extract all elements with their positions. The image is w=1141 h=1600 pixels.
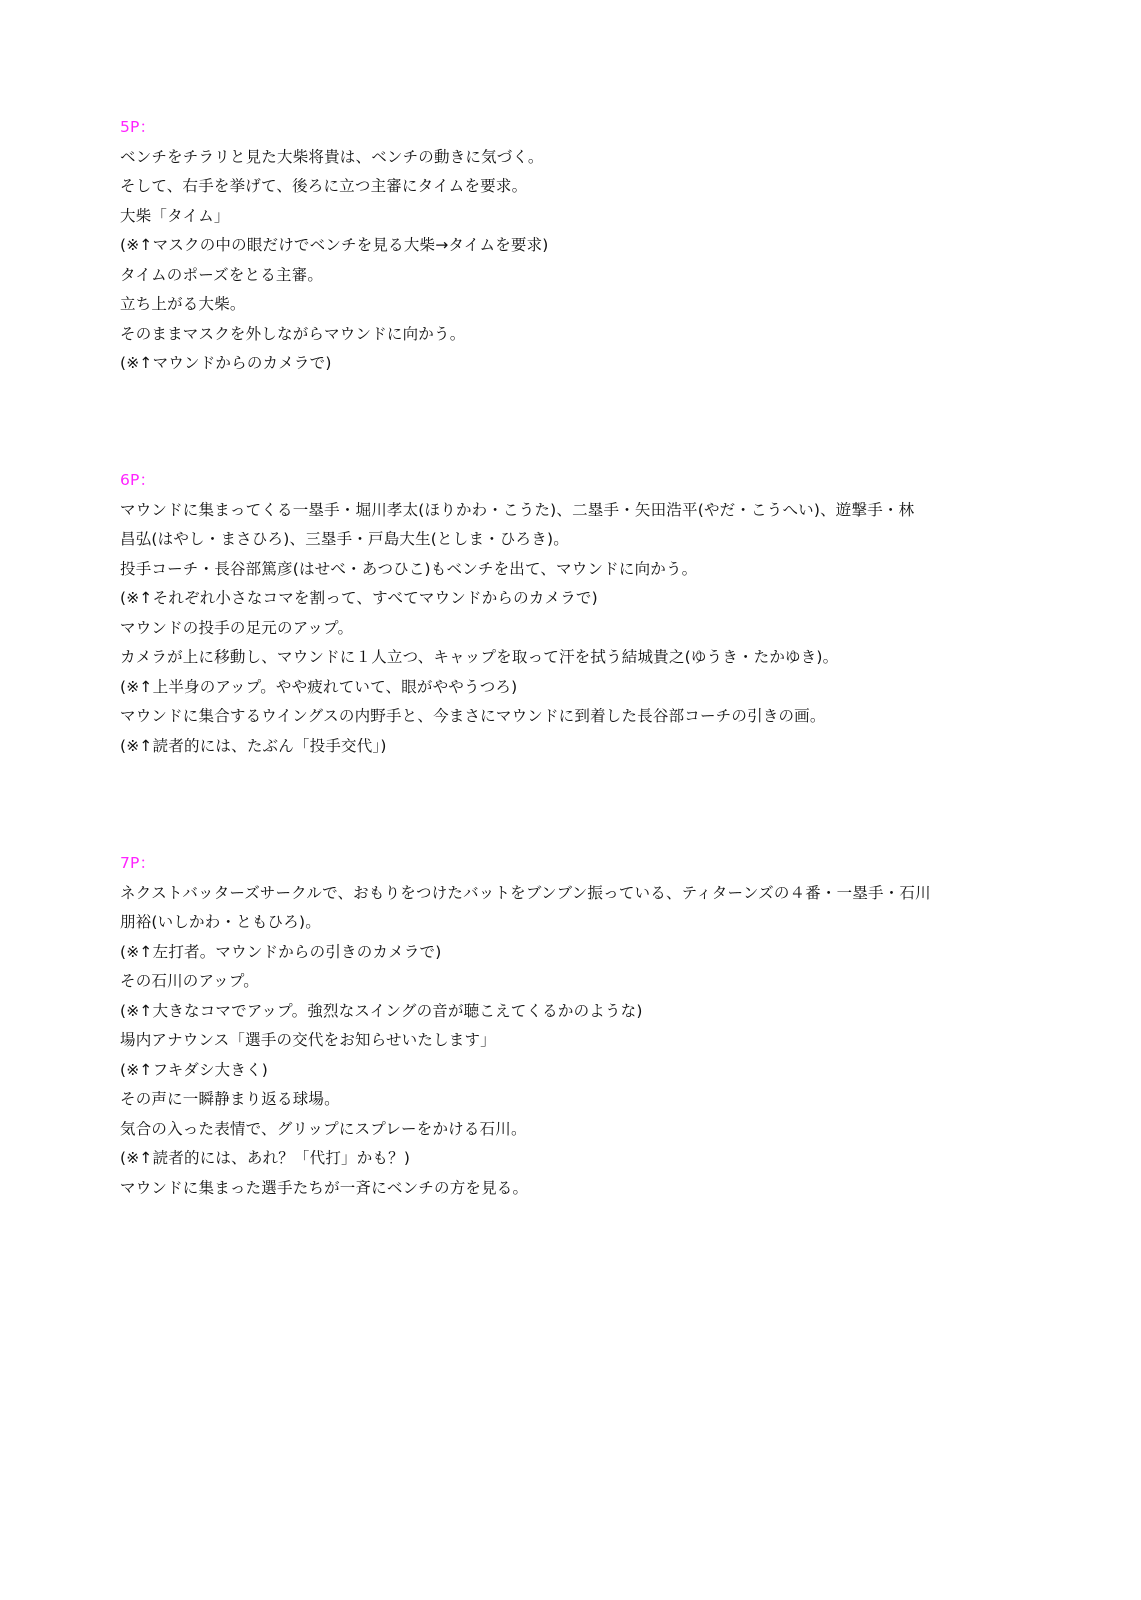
script-line: タイムのポーズをとる主審。 [120, 261, 1020, 291]
script-note: (※↑左打者。マウンドからの引きのカメラで) [120, 938, 1020, 968]
script-line: その声に一瞬静まり返る球場。 [120, 1085, 1020, 1115]
script-line: その石川のアップ。 [120, 967, 1020, 997]
section-heading: 5P： [120, 113, 1020, 143]
script-line: 昌弘(はやし・まさひろ)、三塁手・戸島大生(としま・ひろき)。 [120, 525, 1020, 555]
script-note: (※↑読者的には、あれ？「代打」かも？) [120, 1144, 1020, 1174]
script-line: 投手コーチ・長谷部篤彦(はせべ・あつひこ)もベンチを出て、マウンドに向かう。 [120, 555, 1020, 585]
script-line: マウンドに集まった選手たちが一斉にベンチの方を見る。 [120, 1174, 1020, 1204]
script-line: 場内アナウンス「選手の交代をお知らせいたします」 [120, 1026, 1020, 1056]
script-note: (※↑上半身のアップ。やや疲れていて、眼がややうつろ) [120, 673, 1020, 703]
script-line: そのままマスクを外しながらマウンドに向かう。 [120, 320, 1020, 350]
script-note: (※↑それぞれ小さなコマを割って、すべてマウンドからのカメラで) [120, 584, 1020, 614]
script-line: そして、右手を挙げて、後ろに立つ主審にタイムを要求。 [120, 172, 1020, 202]
section-heading: 6P： [120, 466, 1020, 496]
script-line: マウンドの投手の足元のアップ。 [120, 614, 1020, 644]
section-7p: 7P： ネクストバッターズサークルで、おもりをつけたバットをブンブン振っている、… [120, 849, 1020, 1203]
script-line: 気合の入った表情で、グリップにスプレーをかける石川。 [120, 1115, 1020, 1145]
script-line: カメラが上に移動し、マウンドに１人立つ、キャップを取って汗を拭う結城貴之(ゆうき… [120, 643, 1020, 673]
section-5p: 5P： ベンチをチラリと見た大柴将貴は、ベンチの動きに気づく。 そして、右手を挙… [120, 113, 1020, 379]
script-note: (※↑フキダシ大きく) [120, 1056, 1020, 1086]
script-line: マウンドに集合するウイングスの内野手と、今まさにマウンドに到着した長谷部コーチの… [120, 702, 1020, 732]
script-line: ネクストバッターズサークルで、おもりをつけたバットをブンブン振っている、ティター… [120, 879, 1020, 909]
script-line: ベンチをチラリと見た大柴将貴は、ベンチの動きに気づく。 [120, 143, 1020, 173]
script-note: (※↑大きなコマでアップ。強烈なスイングの音が聴こえてくるかのような) [120, 997, 1020, 1027]
section-heading: 7P： [120, 849, 1020, 879]
script-note: (※↑読者的には、たぶん「投手交代」) [120, 732, 1020, 762]
script-line: 朋裕(いしかわ・ともひろ)。 [120, 908, 1020, 938]
script-line: 大柴「タイム」 [120, 202, 1020, 232]
script-note: (※↑マウンドからのカメラで) [120, 349, 1020, 379]
script-line: 立ち上がる大柴。 [120, 290, 1020, 320]
script-line: マウンドに集まってくる一塁手・堀川孝太(ほりかわ・こうた)、二塁手・矢田浩平(や… [120, 496, 1020, 526]
script-note: (※↑マスクの中の眼だけでベンチを見る大柴→タイムを要求) [120, 231, 1020, 261]
section-6p: 6P： マウンドに集まってくる一塁手・堀川孝太(ほりかわ・こうた)、二塁手・矢田… [120, 466, 1020, 761]
